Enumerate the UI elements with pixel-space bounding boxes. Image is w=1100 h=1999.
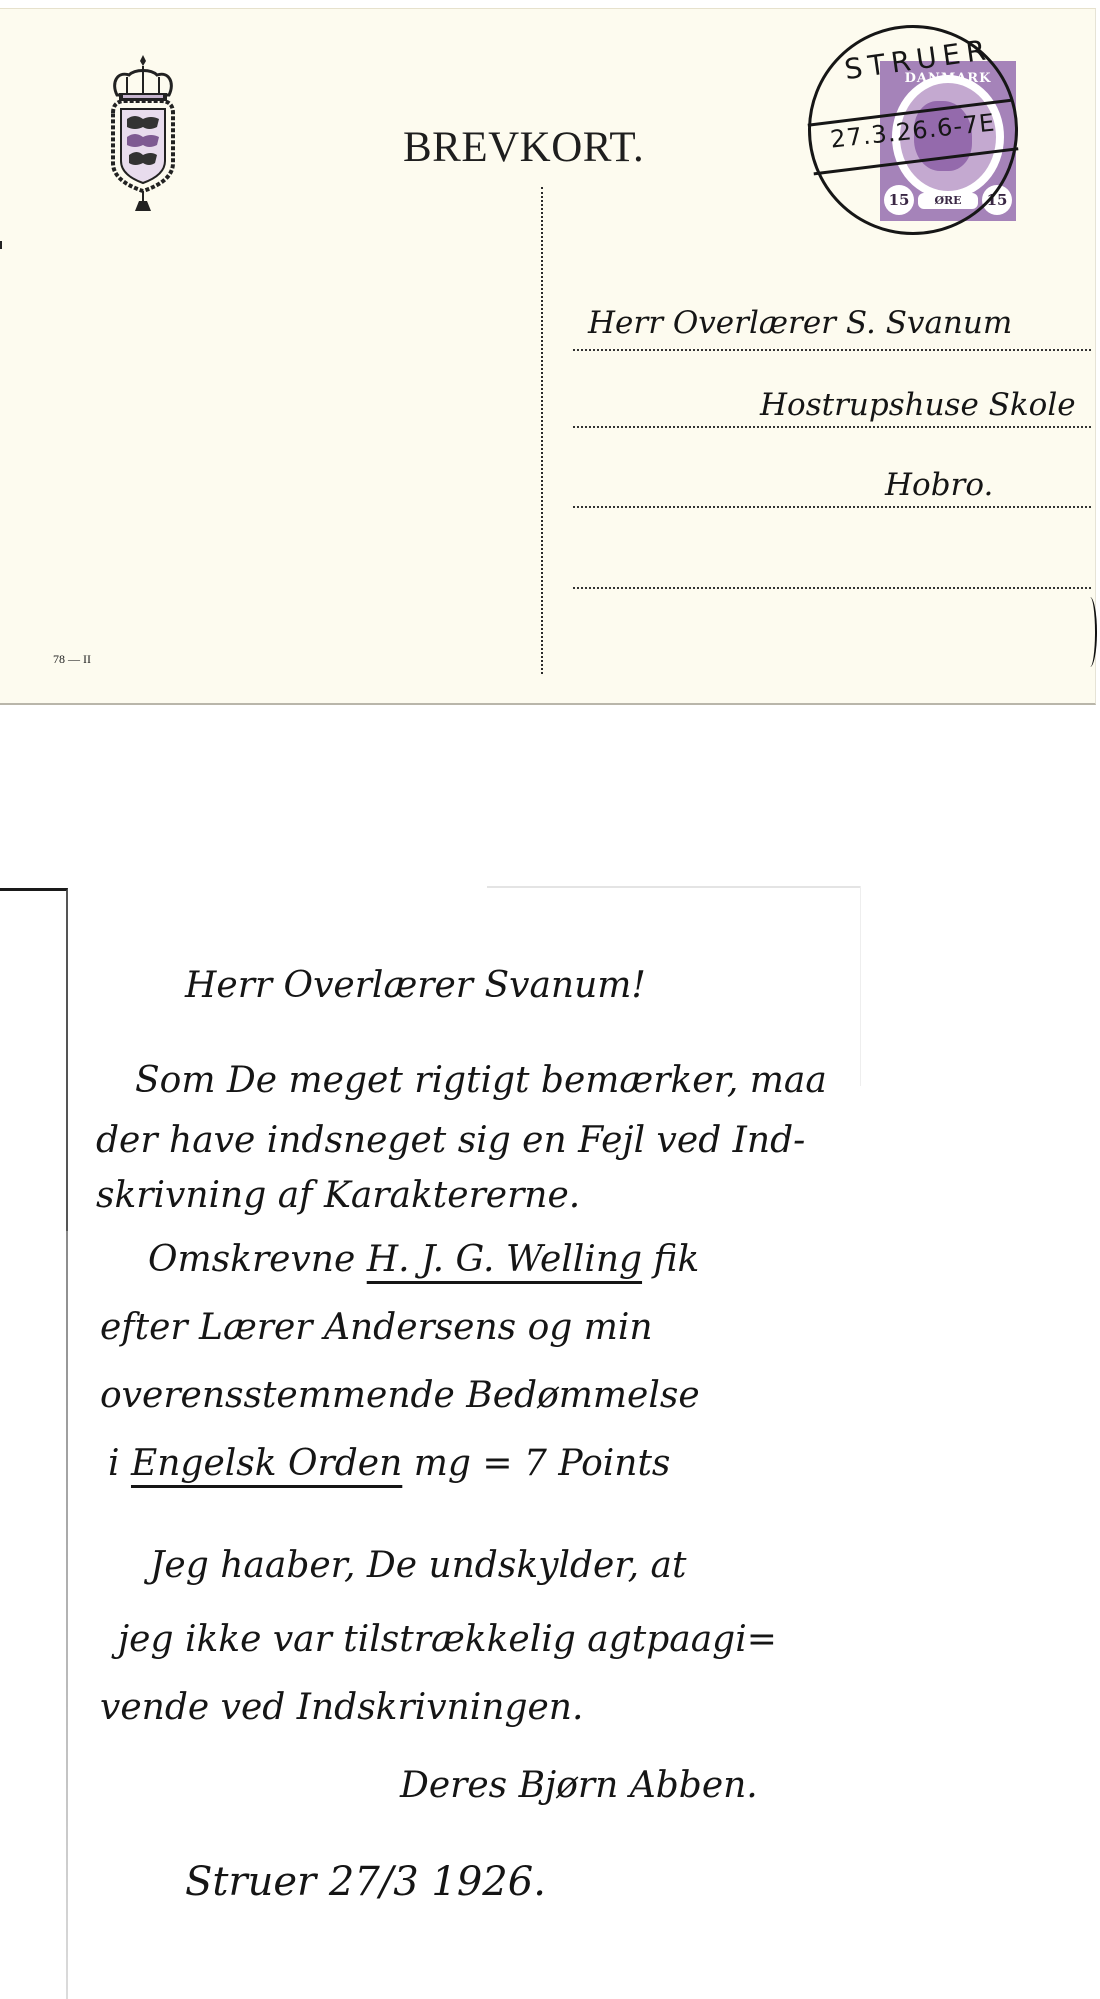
edge-mark (0, 241, 2, 249)
letter-line-7-prefix: i (108, 1443, 131, 1484)
address-rule-1 (573, 349, 1091, 351)
letter-line-4-suffix: fik (642, 1239, 699, 1280)
letter-line-3: skrivning af Karaktererne. (96, 1178, 580, 1214)
letter-line-2: der have indsneget sig en Fejl ved Ind- (96, 1123, 805, 1159)
address-line-3: Hobro. (885, 467, 993, 503)
letter-line-7: i Engelsk Orden mg = 7 Points (108, 1446, 670, 1482)
address-rule-4 (573, 587, 1091, 589)
letter-line-6: overensstemmende Bedømmelse (100, 1378, 700, 1414)
letter-line-4: Omskrevne H. J. G. Welling fik (148, 1242, 699, 1278)
letter-line-8: Jeg haaber, De undskylder, at (150, 1548, 686, 1584)
postcard-front: BREVKORT. 78 — II DANMARK 15 ØRE 15 STRU… (0, 8, 1096, 705)
letter-right-edge (860, 886, 861, 1086)
address-line-2: Hostrupshuse Skole (760, 387, 1076, 423)
card-title: BREVKORT. (403, 123, 644, 172)
dotted-divider (541, 187, 543, 674)
letter-line-1: Som De meget rigtigt bemærker, maa (135, 1063, 827, 1099)
letter-place-date: Struer 27/3 1926. (185, 1862, 546, 1902)
address-rule-2 (573, 426, 1091, 428)
edge-bracket (1083, 597, 1097, 667)
letter-line-7-suffix: mg = 7 Points (402, 1443, 670, 1484)
letter-line-4-prefix: Omskrevne (148, 1239, 367, 1280)
letter-line-10: vende ved Indskrivningen. (100, 1690, 583, 1726)
stamp-area: DANMARK 15 ØRE 15 STRUER 27.3.26.6-7E (808, 25, 1028, 245)
letter-frame (0, 888, 68, 1999)
address-rule-3 (573, 506, 1091, 508)
letter-salutation: Herr Overlærer Svanum! (185, 968, 646, 1004)
letter-line-5: efter Lærer Andersens og min (100, 1310, 653, 1346)
letter-top-edge (487, 886, 861, 888)
series-code: 78 — II (53, 652, 91, 667)
address-line-1: Herr Overlærer S. Svanum (588, 305, 1012, 341)
letter-closing: Deres Bjørn Abben. (400, 1768, 758, 1804)
letter-line-9: jeg ikke var tilstrækkelig agtpaagi= (118, 1622, 777, 1658)
underlined-name: H. J. G. Welling (367, 1239, 642, 1280)
underlined-subject: Engelsk Orden (131, 1443, 402, 1484)
danish-royal-coat-of-arms-icon (107, 53, 179, 213)
